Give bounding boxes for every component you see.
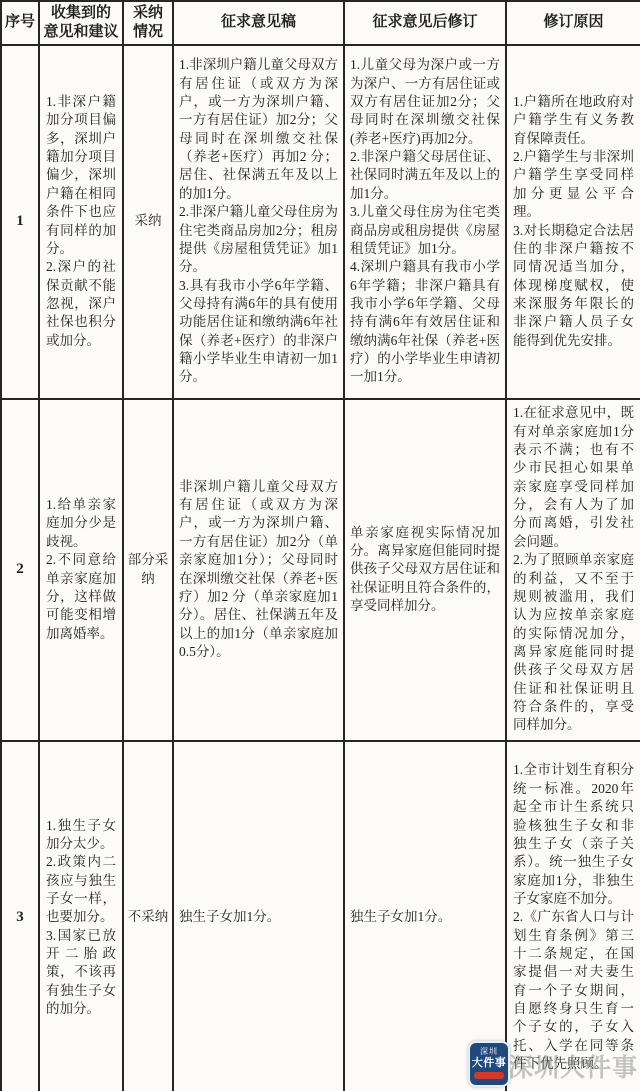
badge-text-line2: 大件事 (470, 1058, 508, 1069)
row2-opinion-cell: 1.给单亲家庭加分少是歧视。 2.不同意给单亲家庭加分，这样做可能变相增加离婚率… (39, 399, 123, 741)
table-row: 1 1.非深户籍加分项目偏多，深圳户籍加分项目偏少，深圳户籍在相同条件下也应有同… (1, 45, 640, 399)
header-adoption-status: 采纳 情况 (123, 1, 173, 45)
row3-revised-cell: 独生子女加1分。 (344, 741, 506, 1091)
header-draft: 征求意见稿 (173, 1, 344, 45)
table-header-row: 序号 收集到的 意见和建议 采纳 情况 征求意见稿 征求意见后修订 修订原因 (1, 1, 640, 45)
row3-draft-cell: 独生子女加1分。 (173, 741, 344, 1091)
row1-draft-cell: 1.非深圳户籍儿童父母双方有居住证（或双方为深户，或一方为深圳户籍、一方有居住证… (173, 45, 344, 399)
opinion-review-table: 序号 收集到的 意见和建议 采纳 情况 征求意见稿 征求意见后修订 修订原因 1… (0, 0, 640, 1091)
badge-text-line1: 深圳 (470, 1048, 508, 1056)
row2-serial-number: 2 (1, 399, 39, 741)
table-row: 3 1.独生子女加分太少。 2.政策内二孩应与独生子女一样，也要加分。 3.国家… (1, 741, 640, 1091)
document-sheet: 序号 收集到的 意见和建议 采纳 情况 征求意见稿 征求意见后修订 修订原因 1… (0, 0, 640, 1091)
table-row: 2 1.给单亲家庭加分少是歧视。 2.不同意给单亲家庭加分，这样做可能变相增加离… (1, 399, 640, 741)
row3-adoption-cell: 不采纳 (123, 741, 173, 1091)
row2-draft-cell: 非深圳户籍儿童父母双方有居住证（或双方为深户，或一方为深圳户籍、一方有居住证）加… (173, 399, 344, 741)
row1-adoption-cell: 采纳 (123, 45, 173, 399)
row3-serial-number: 3 (1, 741, 39, 1091)
row1-revised-cell: 1.儿童父母为深户或一方为深户、一方有居住证或双方有居住证加2分；父母同时在深圳… (344, 45, 506, 399)
row2-adoption-cell: 部分采纳 (123, 399, 173, 741)
header-reason: 修订原因 (506, 1, 640, 45)
badge-red-band (474, 1072, 504, 1079)
shenzhen-news-app-badge-icon: 深圳 大件事 (468, 1041, 510, 1087)
header-opinions: 收集到的 意见和建议 (39, 1, 123, 45)
row2-revised-cell: 单亲家庭视实际情况加分。离异家庭但能同时提供孩子父母双方居住证和社保证明且符合条… (344, 399, 506, 741)
row1-opinion-cell: 1.非深户籍加分项目偏多，深圳户籍加分项目偏少，深圳户籍在相同条件下也应有同样的… (39, 45, 123, 399)
row1-reason-cell: 1.户籍所在地政府对户籍学生有义务教育保障责任。 2.户籍学生与非深圳户籍学生享… (506, 45, 640, 399)
row3-opinion-cell: 1.独生子女加分太少。 2.政策内二孩应与独生子女一样，也要加分。 3.国家已放… (39, 741, 123, 1091)
row3-reason-cell: 1.全市计划生育积分统一标准。2020年起全市计生系统只验核独生子女和非独生子女… (506, 741, 640, 1091)
header-serial-number: 序号 (1, 1, 39, 45)
row2-reason-cell: 1.在征求意见中，既有对单亲家庭加1分表示不满；也有不少市民担心如果单亲家庭享受… (506, 399, 640, 741)
header-revised: 征求意见后修订 (344, 1, 506, 45)
row1-serial-number: 1 (1, 45, 39, 399)
